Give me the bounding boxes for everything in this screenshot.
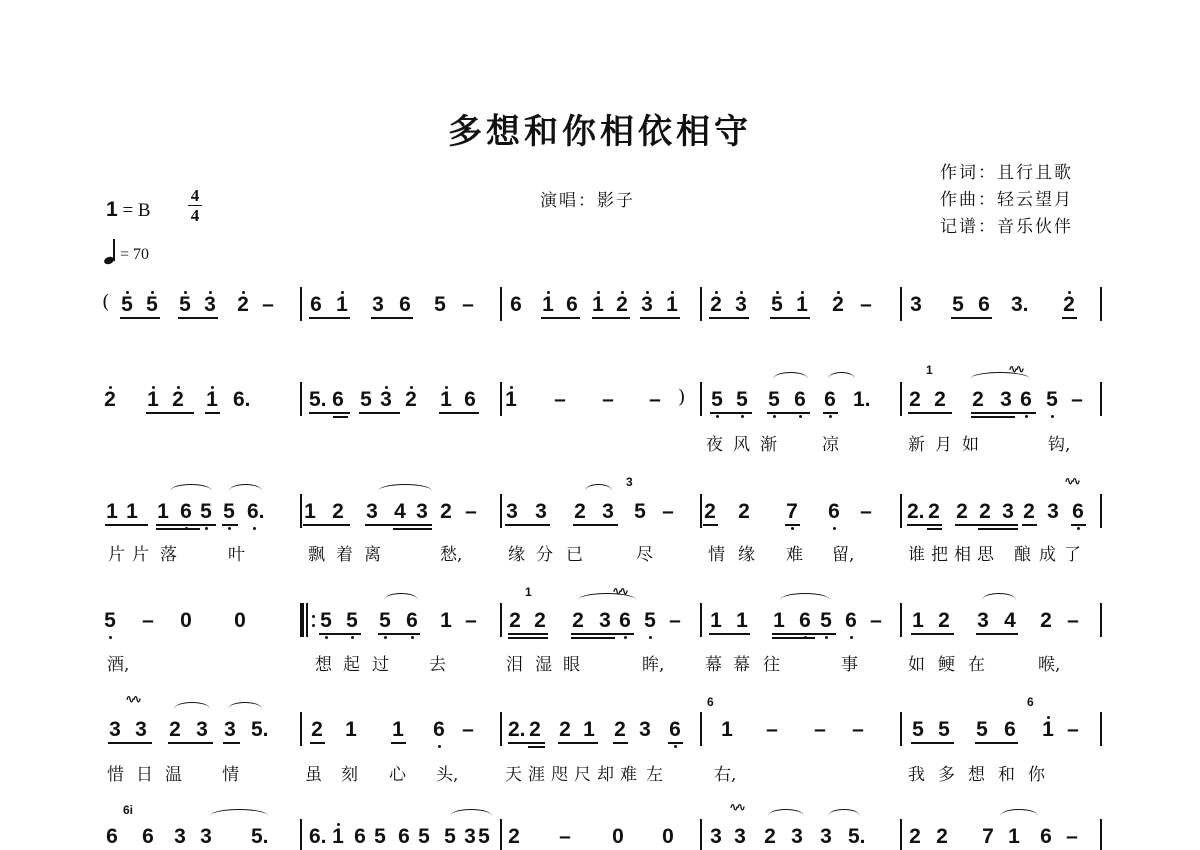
lyric: 在 xyxy=(968,650,985,675)
octave-dot-above xyxy=(209,291,212,294)
octave-dot-below xyxy=(384,636,387,639)
slur-arc xyxy=(828,372,855,379)
octave-dot-above xyxy=(671,291,674,294)
barline xyxy=(1100,287,1102,321)
lyric: 把 xyxy=(931,540,948,565)
barline xyxy=(700,712,702,746)
note: 3 xyxy=(598,601,612,641)
note: 4 xyxy=(1003,601,1017,641)
lyric: 咫 xyxy=(551,760,568,785)
octave-dot-below xyxy=(825,636,828,639)
note: 2 xyxy=(613,710,627,750)
beam-underline xyxy=(558,742,598,744)
octave-dot-below xyxy=(351,636,354,639)
repeat-dot xyxy=(312,624,315,627)
lyric: 钩, xyxy=(1048,430,1070,455)
note: – xyxy=(558,817,572,850)
note: 6 xyxy=(823,380,837,420)
note: 2 xyxy=(737,492,751,532)
note: 6 xyxy=(1003,710,1017,750)
octave-dot-below xyxy=(773,415,776,418)
note: – xyxy=(601,380,615,420)
mordent-icon: ∿∿ xyxy=(1064,474,1078,488)
barline xyxy=(300,819,302,850)
lyric: 想 xyxy=(315,650,332,675)
octave-dot-above xyxy=(126,291,129,294)
note: 1 xyxy=(735,601,749,641)
note: – xyxy=(1066,710,1080,750)
octave-dot-below xyxy=(833,527,836,530)
note: 7 xyxy=(981,817,995,850)
repeat-thick-bar xyxy=(300,603,304,637)
octave-dot-below xyxy=(649,636,652,639)
note: 6 xyxy=(798,601,812,641)
note: – xyxy=(461,710,475,750)
lyric: 湿 xyxy=(535,650,552,675)
lyric: 夜 xyxy=(706,430,723,455)
octave-dot-above xyxy=(242,291,245,294)
note: 1 xyxy=(1041,710,1055,750)
grace-note: 6i xyxy=(123,804,133,816)
note: 2 xyxy=(908,817,922,850)
barline xyxy=(1100,382,1102,416)
mordent-icon: ∿∿ xyxy=(1008,362,1022,376)
octave-dot-above xyxy=(646,291,649,294)
note: 1 xyxy=(720,710,734,750)
song-title: 多想和你相依相守 xyxy=(0,104,1200,153)
note: 3 xyxy=(601,492,615,532)
lyric: 叶 xyxy=(228,540,245,565)
beam-underline xyxy=(391,742,406,744)
lyric: 泪 xyxy=(506,650,523,675)
note: 6. xyxy=(247,492,261,532)
octave-dot-below xyxy=(109,636,112,639)
slur-arc xyxy=(228,702,262,709)
note: – xyxy=(261,285,275,325)
note: 5 xyxy=(819,601,833,641)
slur-arc xyxy=(578,593,636,600)
lyric: 凉 xyxy=(822,430,839,455)
note: 3 xyxy=(173,817,187,850)
beam-underline xyxy=(971,416,1015,418)
lyric: 虽 xyxy=(305,760,322,785)
slur-arc xyxy=(450,809,492,816)
note: 3 xyxy=(203,285,217,325)
beam-underline xyxy=(927,528,942,530)
beam-underline xyxy=(223,742,240,744)
note: 2 xyxy=(533,601,547,641)
octave-dot-above xyxy=(337,823,340,826)
octave-dot-above xyxy=(1047,716,1050,719)
barline xyxy=(700,603,702,637)
note: 5 xyxy=(359,380,373,420)
lyric: 涯 xyxy=(528,760,545,785)
beam-underline xyxy=(571,637,615,639)
slur-arc xyxy=(773,372,808,379)
note: 1 xyxy=(391,710,405,750)
grace-note: 6 xyxy=(1027,696,1034,708)
note: 6 xyxy=(398,285,412,325)
repeat-thin-bar xyxy=(306,603,308,637)
note: 2 xyxy=(404,380,418,420)
beam-underline xyxy=(911,742,954,744)
octave-dot-below xyxy=(716,415,719,418)
beam-underline xyxy=(508,637,548,639)
note: 1 xyxy=(582,710,596,750)
note: 3. xyxy=(1011,285,1025,325)
repeat-dot xyxy=(312,615,315,618)
note: – xyxy=(461,285,475,325)
note: 4 xyxy=(393,492,407,532)
note: 5 xyxy=(951,285,965,325)
note: 6. xyxy=(309,817,323,850)
note: 3 xyxy=(365,492,379,532)
lyric: 落 xyxy=(160,540,177,565)
note: 1 xyxy=(795,285,809,325)
note: 1 xyxy=(541,285,555,325)
note: 6 xyxy=(565,285,579,325)
note: 2 xyxy=(937,601,951,641)
note: 1 xyxy=(335,285,349,325)
note: 2 xyxy=(935,817,949,850)
barline xyxy=(700,287,702,321)
barline xyxy=(1100,712,1102,746)
note: 3 xyxy=(108,710,122,750)
octave-dot-above xyxy=(184,291,187,294)
lyric: 事 xyxy=(841,650,858,675)
note: – xyxy=(648,380,662,420)
barline xyxy=(500,287,502,321)
note: 2 xyxy=(709,285,723,325)
note: 6 xyxy=(1019,380,1033,420)
note: 6 xyxy=(1071,492,1085,532)
lyric: 成 xyxy=(1039,540,1056,565)
note: 1 xyxy=(303,492,317,532)
tempo-marking: = 70 xyxy=(104,238,149,264)
barline xyxy=(500,712,502,746)
note: – xyxy=(464,492,478,532)
beam-underline xyxy=(371,317,413,319)
octave-dot-below xyxy=(325,636,328,639)
note: 5 xyxy=(199,492,213,532)
beam-underline xyxy=(703,524,718,526)
note: 2 xyxy=(703,492,717,532)
slur-arc xyxy=(1000,809,1038,816)
note: 5 xyxy=(145,285,159,325)
note: – xyxy=(859,492,873,532)
beam-underline xyxy=(668,742,683,744)
note: 3 xyxy=(463,817,477,850)
beam-underline xyxy=(1071,524,1086,526)
beam-underline xyxy=(393,528,432,530)
lyric: 已 xyxy=(566,540,583,565)
beam-underline xyxy=(365,524,432,526)
beam-underline xyxy=(120,317,160,319)
note: 5 xyxy=(433,285,447,325)
lyric: 月 xyxy=(935,430,952,455)
note: 5 xyxy=(633,492,647,532)
barline xyxy=(700,494,702,528)
note: – xyxy=(464,601,478,641)
beam-underline xyxy=(613,742,628,744)
note: 2 xyxy=(831,285,845,325)
note: 1 xyxy=(344,710,358,750)
note: 2 xyxy=(971,380,985,420)
note: 5 xyxy=(1045,380,1059,420)
beam-underline xyxy=(710,412,752,414)
note: 2 xyxy=(558,710,572,750)
octave-dot-below xyxy=(228,527,231,530)
lyric: 如 xyxy=(908,650,925,675)
beam-underline xyxy=(907,524,942,526)
beam-underline xyxy=(303,524,350,526)
note: 6. xyxy=(233,380,247,420)
octave-dot-below xyxy=(205,527,208,530)
beam-underline xyxy=(309,412,350,414)
note: 2. xyxy=(508,710,522,750)
note: 6 xyxy=(1039,817,1053,850)
lyric: 我 xyxy=(908,760,925,785)
note: 3 xyxy=(734,285,748,325)
octave-dot-above xyxy=(1068,291,1071,294)
lyric: 头, xyxy=(436,760,458,785)
lyric: 多 xyxy=(938,760,955,785)
beam-underline xyxy=(378,633,420,635)
note: 2 xyxy=(236,285,250,325)
octave-dot-above xyxy=(801,291,804,294)
barline xyxy=(300,287,302,321)
lyric: 温 xyxy=(165,760,182,785)
octave-dot-below xyxy=(438,745,441,748)
slur-arc xyxy=(210,809,268,816)
note: 5 xyxy=(319,601,333,641)
grace-note: 1 xyxy=(926,364,933,376)
slur-arc xyxy=(982,593,1016,600)
barline xyxy=(1100,494,1102,528)
note: 6 xyxy=(331,380,345,420)
beam-underline xyxy=(767,412,810,414)
lyric: 风 xyxy=(733,430,750,455)
lyric: 你 xyxy=(1028,760,1045,785)
note: 6 xyxy=(618,601,632,641)
beam-underline xyxy=(541,317,580,319)
note: 3 xyxy=(976,601,990,641)
lyric: 眼 xyxy=(563,650,580,675)
note: 2 xyxy=(933,380,947,420)
note: – xyxy=(1070,380,1084,420)
beam-underline xyxy=(505,524,550,526)
beam-underline xyxy=(1022,524,1037,526)
note: 6 xyxy=(141,817,155,850)
lyric: 着 xyxy=(336,540,353,565)
slur-arc xyxy=(585,484,612,491)
lyric: 过 xyxy=(372,650,389,675)
lyric: 难 xyxy=(786,540,803,565)
octave-dot-above xyxy=(341,291,344,294)
octave-dot-below xyxy=(1025,415,1028,418)
barline xyxy=(700,819,702,850)
lyric: 心 xyxy=(389,760,406,785)
octave-dot-below xyxy=(799,415,802,418)
barline xyxy=(500,819,502,850)
octave-dot-above xyxy=(510,386,513,389)
barline xyxy=(300,382,302,416)
quarter-note-icon xyxy=(104,238,118,264)
time-sig-top: 4 xyxy=(191,186,200,205)
note: 0 xyxy=(611,817,625,850)
note: 6 xyxy=(844,601,858,641)
octave-dot-above xyxy=(109,386,112,389)
note: 3 xyxy=(909,285,923,325)
beam-underline xyxy=(772,637,815,639)
note: 3 xyxy=(733,817,747,850)
note: 6 xyxy=(105,817,119,850)
lyric: 眸, xyxy=(642,650,664,675)
note: 7 xyxy=(785,492,799,532)
beam-underline xyxy=(168,742,213,744)
beam-underline xyxy=(592,317,630,319)
singer-credit: 演唱：影子 xyxy=(540,186,635,211)
lyric: 如 xyxy=(962,430,979,455)
note: 2 xyxy=(1022,492,1036,532)
slur-arc xyxy=(378,484,432,491)
beam-underline xyxy=(319,633,361,635)
note: 2 xyxy=(528,710,542,750)
note: 2 xyxy=(103,380,117,420)
beam-underline xyxy=(911,633,954,635)
lyric: 尽 xyxy=(636,540,653,565)
lyric: 刻 xyxy=(341,760,358,785)
note: 3 xyxy=(415,492,429,532)
octave-dot-above xyxy=(445,386,448,389)
octave-dot-above xyxy=(410,386,413,389)
note: 6 xyxy=(405,601,419,641)
lyric: 飘 xyxy=(308,540,325,565)
beam-underline xyxy=(156,524,216,526)
barline xyxy=(500,603,502,637)
note: 5 xyxy=(178,285,192,325)
note: – xyxy=(661,492,675,532)
lyric: 左 xyxy=(646,760,663,785)
octave-dot-above xyxy=(151,291,154,294)
beam-underline xyxy=(770,317,810,319)
key-value: = B xyxy=(118,200,151,221)
beam-underline xyxy=(785,524,800,526)
note: 1 xyxy=(125,492,139,532)
lyric: 却 xyxy=(597,760,614,785)
lyric: 喉, xyxy=(1038,650,1060,675)
note: – xyxy=(851,710,865,750)
lyric: 片 xyxy=(108,540,125,565)
beam-underline xyxy=(178,317,218,319)
note: 1 xyxy=(911,601,925,641)
lyric: 起 xyxy=(343,650,360,675)
note: 2 xyxy=(1039,601,1053,641)
beam-underline xyxy=(359,412,400,414)
barline xyxy=(700,382,702,416)
note: 5 xyxy=(911,710,925,750)
note: 6 xyxy=(977,285,991,325)
lyric: 日 xyxy=(136,760,153,785)
note: – xyxy=(668,601,682,641)
note: 3 xyxy=(223,710,237,750)
barline xyxy=(500,382,502,416)
note: 5 xyxy=(443,817,457,850)
note: 0 xyxy=(661,817,675,850)
beam-underline xyxy=(951,317,992,319)
note: 5. xyxy=(309,380,323,420)
note: 6 xyxy=(353,817,367,850)
octave-dot-below xyxy=(624,636,627,639)
beam-underline xyxy=(976,633,1018,635)
octave-dot-above xyxy=(837,291,840,294)
barline xyxy=(900,382,902,416)
note: 0 xyxy=(233,601,247,641)
note: 2 xyxy=(571,601,585,641)
beam-underline xyxy=(205,412,220,414)
lyric: 想 xyxy=(968,760,985,785)
barline xyxy=(900,819,902,850)
grace-note: 3 xyxy=(626,476,633,488)
lyric: 新 xyxy=(908,430,925,455)
lyric: 尺 xyxy=(574,760,591,785)
barline xyxy=(900,603,902,637)
paren-close: ) xyxy=(678,386,685,408)
note: 5 xyxy=(222,492,236,532)
note: 6 xyxy=(309,285,323,325)
mordent-icon: ∿∿ xyxy=(125,692,139,706)
lyric: 谁 xyxy=(908,540,925,565)
slur-arc xyxy=(384,593,418,600)
octave-dot-below xyxy=(850,636,853,639)
note: – xyxy=(813,710,827,750)
note: – xyxy=(553,380,567,420)
lyric: 酿 xyxy=(1014,540,1031,565)
note: 1 xyxy=(591,285,605,325)
note: 2. xyxy=(907,492,921,532)
note: 3 xyxy=(195,710,209,750)
note: 5. xyxy=(848,817,862,850)
lyric: 难 xyxy=(620,760,637,785)
note: 1 xyxy=(205,380,219,420)
lyric: 情 xyxy=(708,540,725,565)
beam-underline xyxy=(908,412,952,414)
barline xyxy=(900,712,902,746)
lyric: 去 xyxy=(429,650,446,675)
beam-underline xyxy=(105,524,148,526)
barline xyxy=(300,712,302,746)
note: 6 xyxy=(463,380,477,420)
note: 3 xyxy=(505,492,519,532)
note: 5 xyxy=(345,601,359,641)
note: 1 xyxy=(709,601,723,641)
beam-underline xyxy=(573,524,618,526)
octave-dot-above xyxy=(177,386,180,389)
note: 2 xyxy=(927,492,941,532)
lyric: 幕 xyxy=(705,650,722,675)
octave-dot-above xyxy=(211,386,214,389)
note: 1 xyxy=(439,601,453,641)
lyric: 缘 xyxy=(738,540,755,565)
slur-arc xyxy=(170,484,212,491)
note: 1 xyxy=(105,492,119,532)
note: 5 xyxy=(477,817,491,850)
octave-dot-above xyxy=(776,291,779,294)
lyric: 了 xyxy=(1064,540,1081,565)
slur-arc xyxy=(174,702,210,709)
note: – xyxy=(141,601,155,641)
lyric: 右, xyxy=(714,760,736,785)
